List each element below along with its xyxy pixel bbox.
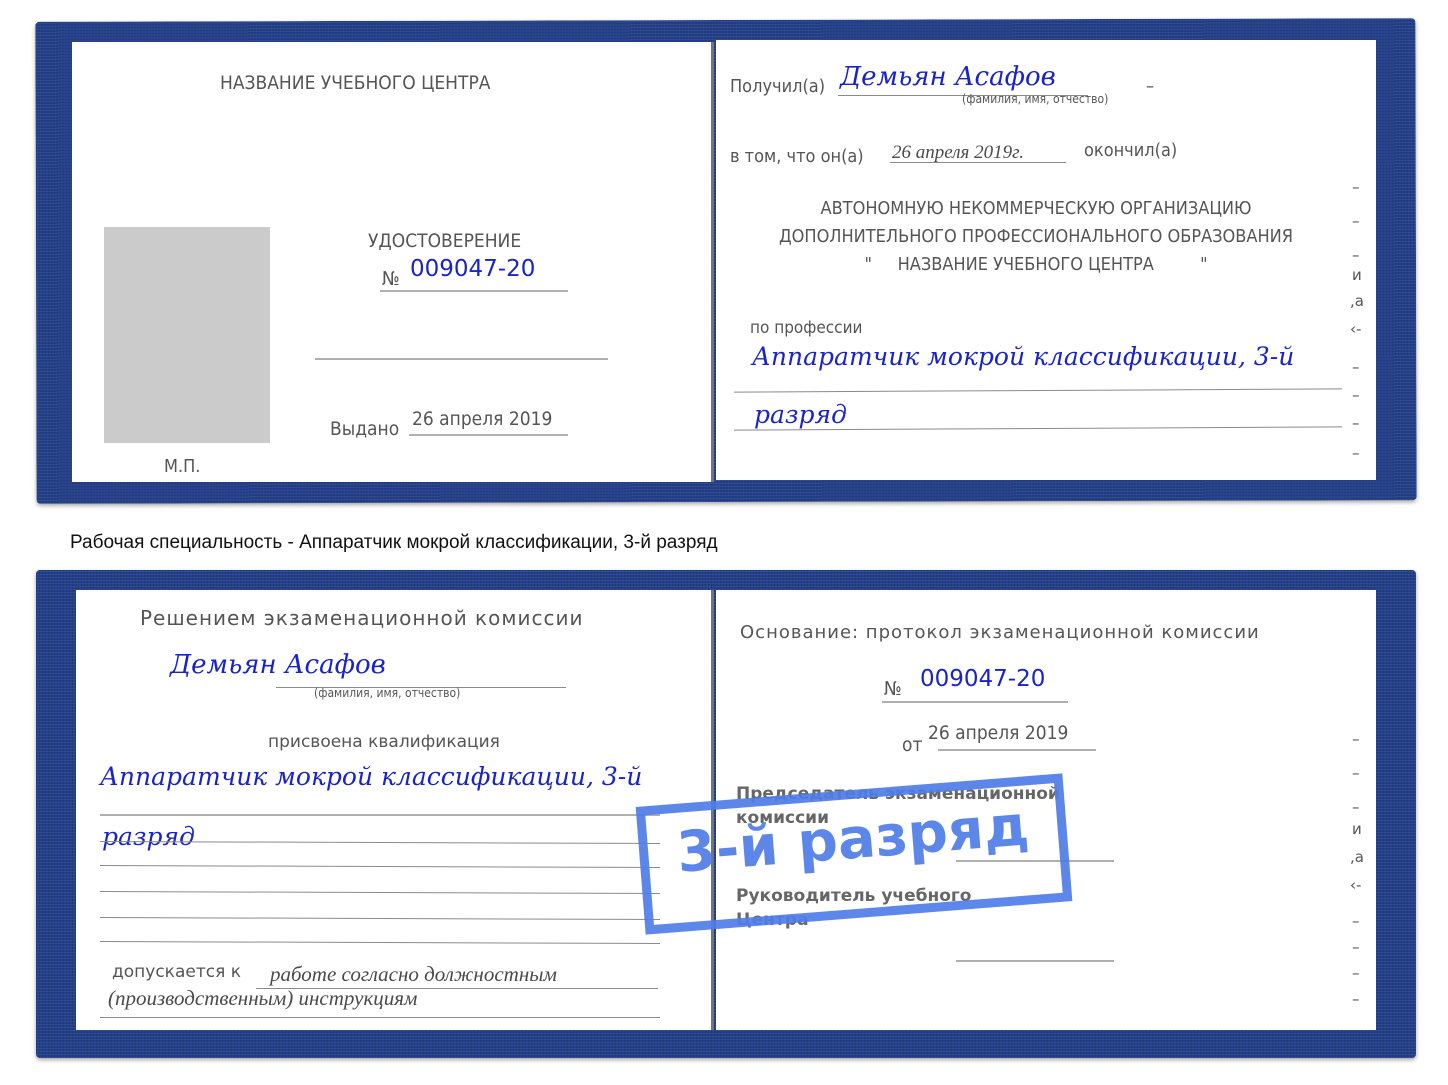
admitted-line-1: работе согласно должностным [270,962,557,987]
edge-mark: – [1352,798,1360,816]
doc-title: УДОСТОВЕРЕНИЕ [368,230,521,252]
qualification-label: присвоена квалификация [268,732,500,752]
protocol-number: 009047-20 [920,666,1045,692]
qualification-line-2: разряд [102,822,195,851]
edge-mark: – [1352,764,1360,782]
org-line-1: АВТОНОМНУЮ НЕКОММЕРЧЕСКУЮ ОРГАНИЗАЦИЮ [716,198,1356,219]
edge-mark: – [1352,178,1360,196]
decision-title: Решением экзаменационной комиссии [140,606,583,630]
edge-mark: – [1352,912,1360,930]
profession-line-2: разряд [754,400,847,429]
admitted-underline-2 [100,1017,660,1018]
protocol-number-label: № [884,678,902,700]
issued-underline [409,434,568,436]
profession-label: по профессии [750,318,862,338]
admitted-label: допускается к [112,962,241,982]
received-hint: (фамилия, имя, отчество) [962,92,1108,106]
edge-mark: – [1352,212,1360,230]
ruled-line [100,865,660,868]
issued-label: Выдано [330,418,399,440]
grade-stamp-text: 3-й разряд [646,791,1060,888]
edge-mark: и [1352,820,1362,838]
edge-mark: – [1352,730,1360,748]
bottom-left-page: Решением экзаменационной комиссии Демьян… [76,590,712,1030]
edge-mark: – [1352,444,1360,462]
finished-label: окончил(а) [1084,140,1177,161]
person-hint: (фамилия, имя, отчество) [314,686,460,700]
admitted-line-2: (производственным) инструкциям [108,986,417,1011]
specialty-caption: Рабочая специальность - Аппаратчик мокро… [70,532,718,554]
issued-date: 26 апреля 2019 [412,408,552,430]
org-line-3: " НАЗВАНИЕ УЧЕБНОГО ЦЕНТРА " [716,254,1356,275]
ruled-line [100,891,660,894]
top-left-page: НАЗВАНИЕ УЧЕБНОГО ЦЕНТРА УДОСТОВЕРЕНИЕ №… [72,42,712,482]
certificate-number: 009047-20 [410,256,535,282]
org-line-2: ДОПОЛНИТЕЛЬНОГО ПРОФЕССИОНАЛЬНОГО ОБРАЗО… [716,226,1356,247]
protocol-date-label: от [902,734,922,756]
received-name: Демьян Асафов [840,62,1056,92]
edge-mark: ,а [1350,292,1364,310]
edge-mark: – [1352,990,1360,1008]
dash-mark: – [1146,76,1154,97]
qualification-line-1: Аппаратчик мокрой классификации, 3-й [100,762,642,791]
number-label: № [382,268,400,290]
profession-underline-1 [734,388,1342,392]
ruled-line [100,941,660,944]
profession-line-1: Аппаратчик мокрой классификации, 3-й [752,342,1294,371]
received-label: Получил(а) [730,76,825,97]
center-name: НАЗВАНИЕ УЧЕБНОГО ЦЕНТРА [220,72,490,94]
that-date-underline [890,162,1066,163]
number-underline [380,290,568,292]
edge-mark: – [1352,246,1360,264]
edge-mark: ,а [1350,848,1364,866]
protocol-number-underline [882,701,1068,703]
edge-mark: и [1352,266,1362,284]
edge-mark: ‹- [1350,876,1361,894]
signature-line [315,358,608,360]
head-signature-line [956,960,1114,962]
qualification-underline-1 [100,814,660,816]
person-name: Демьян Асафов [170,650,386,680]
edge-mark: ‹- [1350,320,1361,338]
edge-mark: – [1352,938,1360,956]
edge-mark: – [1352,964,1360,982]
that-date: 26 апреля 2019г. [892,142,1024,164]
photo-placeholder [104,227,270,443]
basis-title: Основание: протокол экзаменационной коми… [740,622,1260,643]
edge-mark: – [1352,386,1360,404]
stamp-place-label: М.П. [164,456,200,477]
protocol-date: 26 апреля 2019 [928,722,1068,744]
edge-mark: – [1352,358,1360,376]
ruled-line [100,917,660,920]
top-spine [711,42,714,482]
protocol-date-underline [938,749,1096,751]
top-right-page: Получил(а) Демьян Асафов – (фамилия, имя… [716,40,1376,480]
that-label: в том, что он(а) [730,146,864,167]
edge-mark: – [1352,414,1360,432]
